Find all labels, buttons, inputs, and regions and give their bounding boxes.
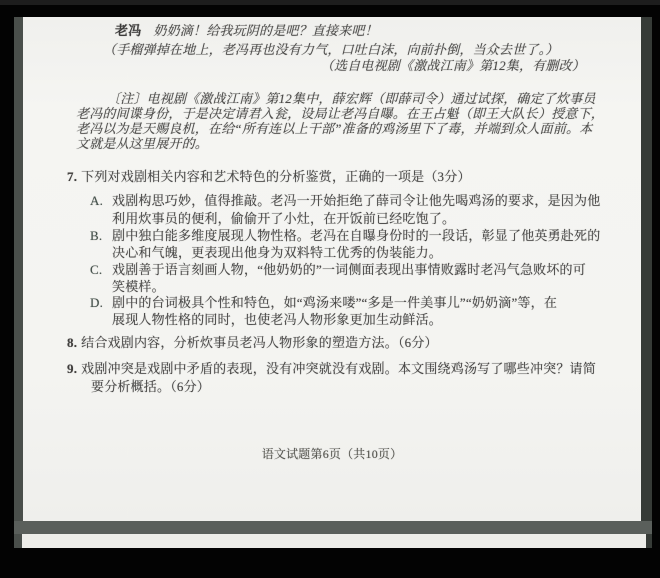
option-c-line-2: 笑模样。 xyxy=(112,279,165,294)
question-7-stem: 7.下列对戏剧相关内容和艺术特色的分析鉴赏，正确的一项是（3分） xyxy=(67,169,471,184)
dialogue-speech: 奶奶滴！给我玩阴的是吧？直接来吧！ xyxy=(153,23,377,38)
question-9-line-2: 要分析概括。（6分） xyxy=(91,379,210,394)
exam-page: 老冯奶奶滴！给我玩阴的是吧？直接来吧！ （手榴弹掉在地上，老冯再也没有力气，口吐… xyxy=(23,17,641,521)
page-footer: 语文试题第6页（共10页） xyxy=(23,447,641,462)
frame-top-strip xyxy=(0,0,660,5)
note-line-1: 〔注〕电视剧《激战江南》第12集中，薛宏辉（即薛司令）通过试探，确定了炊事员 xyxy=(107,91,596,106)
question-9-text-1: 戏剧冲突是戏剧中矛盾的表现，没有冲突就没有戏剧。本文围绕鸡汤写了哪些冲突？请简 xyxy=(81,361,596,376)
option-b-label: B. xyxy=(90,228,112,243)
option-c-text-1: 戏剧善于语言刻画人物，“他奶奶的”一词侧面表现出事情败露时老冯气急败坏的可 xyxy=(112,262,586,277)
option-d-text-1: 剧中的台词极具个性和特色，如“鸡汤来喽”“多是一件美事儿”“奶奶滴”等，在 xyxy=(112,295,557,310)
question-9-line-1: 9.戏剧冲突是戏剧中矛盾的表现，没有冲突就没有戏剧。本文围绕鸡汤写了哪些冲突？请… xyxy=(67,361,596,376)
note-line-2: 老冯的间谍身份，于是决定请君入瓮，设局让老冯自曝。在王占魁（即王大队长）授意下， xyxy=(76,106,604,121)
option-a-line-2: 利用炊事员的便利，偷偷开了小灶，在开饭前已经吃饱了。 xyxy=(112,211,455,226)
option-a-label: A. xyxy=(90,193,112,208)
option-b-line-2: 决心和气魄，更表现出他身为双料特工优秀的伪装能力。 xyxy=(112,245,442,260)
question-9-number: 9. xyxy=(67,361,77,376)
dialogue-speaker: 老冯 xyxy=(115,23,141,38)
stage-direction: （手榴弹掉在地上，老冯再也没有力气，口吐白沫，向前扑倒，当众去世了。） xyxy=(103,42,559,57)
dialogue-line: 老冯奶奶滴！给我玩阴的是吧？直接来吧！ xyxy=(115,23,378,38)
question-7-stem-text: 下列对戏剧相关内容和艺术特色的分析鉴赏，正确的一项是（3分） xyxy=(81,169,471,184)
option-c-line-1: C.戏剧善于语言刻画人物，“他奶奶的”一词侧面表现出事情败露时老冯气急败坏的可 xyxy=(90,262,586,277)
question-7-number: 7. xyxy=(67,169,77,184)
option-d-line-2: 展现人物性格的同时，也使老冯人物形象更加生动鲜活。 xyxy=(112,312,442,327)
page-left-edge-shadow xyxy=(14,17,23,548)
page-bottom-sheet xyxy=(22,534,646,548)
question-8: 8.结合戏剧内容，分析炊事员老冯人物形象的塑造方法。（6分） xyxy=(67,335,438,350)
option-a-line-1: A.戏剧构思巧妙，值得推敲。老冯一开始拒绝了薛司令让他先喝鸡汤的要求，是因为他 xyxy=(90,193,600,208)
option-b-text-1: 剧中独白能多维度展现人物性格。老冯在自曝身份时的一段话，彰显了他英勇赴死的 xyxy=(112,228,600,243)
note-line-4: 文就是从这里展开的。 xyxy=(76,136,208,151)
page-right-edge-shadow xyxy=(641,17,652,548)
source-attribution: （选自电视剧《激战江南》第12集，有删改） xyxy=(321,58,585,73)
option-d-line-1: D.剧中的台词极具个性和特色，如“鸡汤来喽”“多是一件美事儿”“奶奶滴”等，在 xyxy=(90,295,557,310)
option-c-label: C. xyxy=(90,262,112,277)
option-b-line-1: B.剧中独白能多维度展现人物性格。老冯在自曝身份时的一段话，彰显了他英勇赴死的 xyxy=(90,228,600,243)
question-8-text: 结合戏剧内容，分析炊事员老冯人物形象的塑造方法。（6分） xyxy=(81,335,438,350)
question-8-number: 8. xyxy=(67,335,77,350)
note-line-3: 老冯以为是天赐良机，在给“所有连以上干部”准备的鸡汤里下了毒，并端到众人面前。本 xyxy=(76,121,592,136)
option-d-label: D. xyxy=(90,295,112,310)
video-frame: 老冯奶奶滴！给我玩阴的是吧？直接来吧！ （手榴弹掉在地上，老冯再也没有力气，口吐… xyxy=(0,0,660,578)
page-bottom-edge-shadow xyxy=(14,521,652,534)
option-a-text-1: 戏剧构思巧妙，值得推敲。老冯一开始拒绝了薛司令让他先喝鸡汤的要求，是因为他 xyxy=(112,193,600,208)
